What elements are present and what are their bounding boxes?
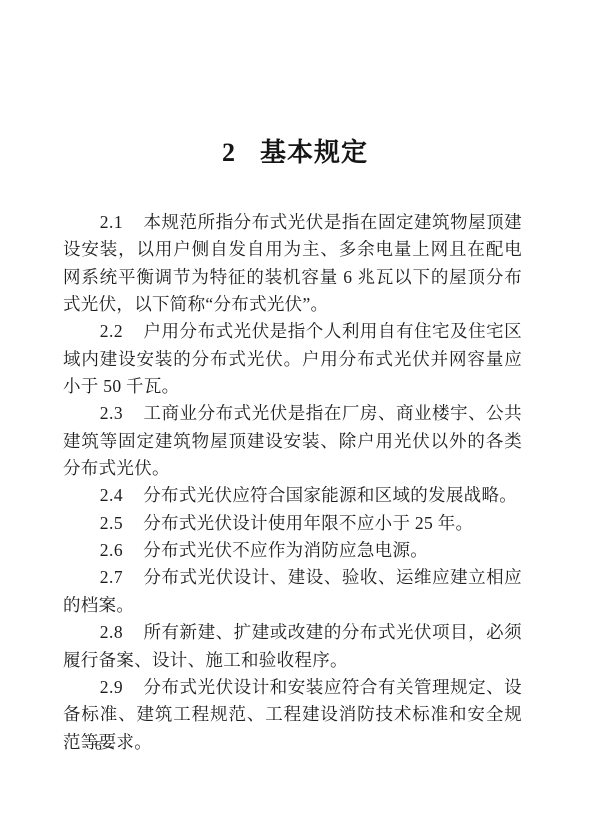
clause-number: 2.4	[100, 485, 123, 505]
clause-text: 分布式光伏应符合国家能源和区域的发展战略。	[143, 485, 517, 505]
clause-2-4: 2.4分布式光伏应符合国家能源和区域的发展战略。	[63, 482, 522, 509]
page-number: - 6 -	[82, 738, 117, 754]
chapter-title: 基本规定	[260, 138, 368, 167]
clause-2-6: 2.6分布式光伏不应作为消防应急电源。	[63, 537, 522, 564]
clause-number: 2.7	[100, 567, 123, 587]
clause-text: 分布式光伏设计和安装应符合有关管理规定、设备标准、建筑工程规范、工程建设消防技术…	[63, 677, 522, 752]
clause-number: 2.5	[100, 513, 123, 533]
clause-2-1: 2.1本规范所指分布式光伏是指在固定建筑物屋顶建设安装，以用户侧自发自用为主、多…	[63, 209, 522, 318]
chapter-heading: 2基本规定	[0, 0, 590, 168]
clause-text: 所有新建、扩建或改建的分布式光伏项目，必须履行备案、设计、施工和验收程序。	[63, 622, 522, 669]
clause-text: 工商业分布式光伏是指在厂房、商业楼宇、公共建筑等固定建筑物屋顶建设安装、除户用光…	[63, 403, 522, 478]
clause-text: 分布式光伏设计使用年限不应小于 25 年。	[143, 513, 473, 533]
clause-number: 2.8	[100, 622, 123, 642]
clause-text: 户用分布式光伏是指个人利用自有住宅及住宅区域内建设安装的分布式光伏。户用分布式光…	[63, 321, 522, 396]
clause-number: 2.1	[100, 212, 123, 232]
clause-2-2: 2.2户用分布式光伏是指个人利用自有住宅及住宅区域内建设安装的分布式光伏。户用分…	[63, 318, 522, 400]
clause-2-3: 2.3工商业分布式光伏是指在厂房、商业楼宇、公共建筑等固定建筑物屋顶建设安装、除…	[63, 400, 522, 482]
clause-text: 本规范所指分布式光伏是指在固定建筑物屋顶建设安装，以用户侧自发自用为主、多余电量…	[63, 212, 522, 314]
clause-number: 2.9	[100, 677, 123, 697]
clause-text: 分布式光伏设计、建设、验收、运维应建立相应的档案。	[63, 567, 522, 614]
clause-2-9: 2.9分布式光伏设计和安装应符合有关管理规定、设备标准、建筑工程规范、工程建设消…	[63, 674, 522, 756]
document-page: 2基本规定 2.1本规范所指分布式光伏是指在固定建筑物屋顶建设安装，以用户侧自发…	[0, 0, 590, 834]
clauses-section: 2.1本规范所指分布式光伏是指在固定建筑物屋顶建设安装，以用户侧自发自用为主、多…	[0, 209, 590, 756]
clause-2-5: 2.5分布式光伏设计使用年限不应小于 25 年。	[63, 510, 522, 537]
clause-2-7: 2.7分布式光伏设计、建设、验收、运维应建立相应的档案。	[63, 564, 522, 619]
clause-number: 2.6	[100, 540, 123, 560]
clause-2-8: 2.8所有新建、扩建或改建的分布式光伏项目，必须履行备案、设计、施工和验收程序。	[63, 619, 522, 674]
clause-number: 2.3	[100, 403, 123, 423]
chapter-number: 2	[222, 138, 235, 167]
clause-text: 分布式光伏不应作为消防应急电源。	[143, 540, 428, 560]
clause-number: 2.2	[100, 321, 123, 341]
